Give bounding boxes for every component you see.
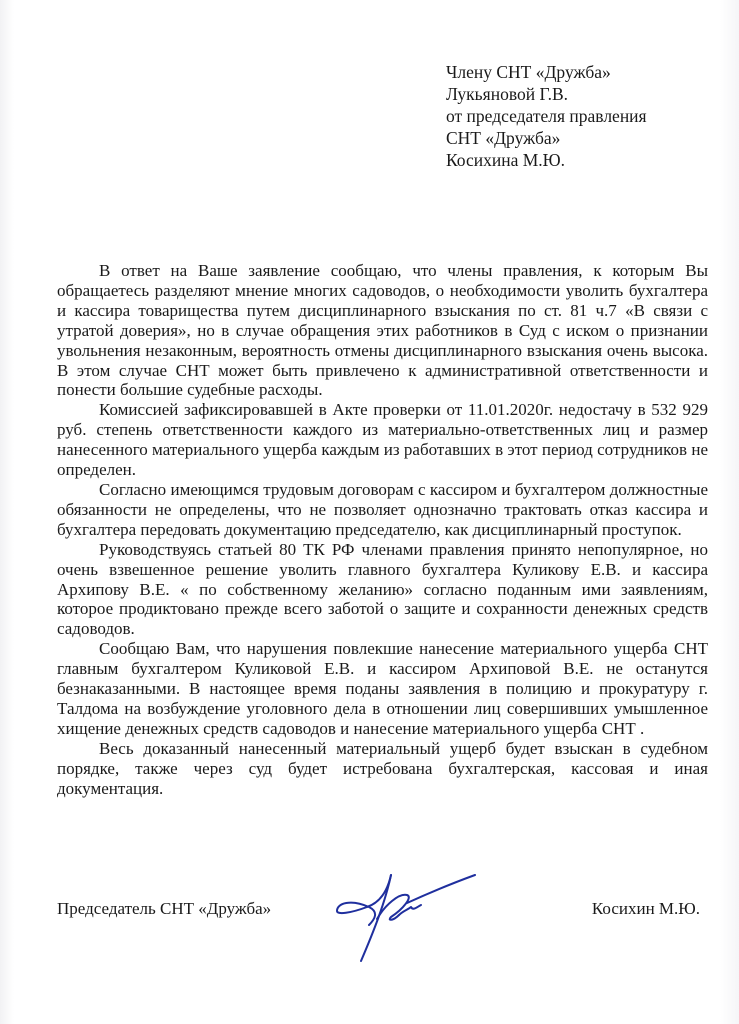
addressee-line: Косихина М.Ю. [446,149,647,171]
paragraph: Руководствуясь статьей 80 ТК РФ членами … [57,540,708,640]
paragraph: Комиссией зафиксировавшей в Акте проверк… [57,400,708,480]
addressee-line: Члену СНТ «Дружба» [446,61,647,83]
addressee-line: от председателя правления [446,105,647,127]
paragraph: Весь доказанный нанесенный материальный … [57,739,708,799]
signature-block: Председатель СНТ «Дружба» Косихин М.Ю. [57,893,708,973]
addressee-line: Лукьяновой Г.В. [446,83,647,105]
scanned-letter-page: Члену СНТ «Дружба» Лукьяновой Г.В. от пр… [0,0,739,1024]
addressee-block: Члену СНТ «Дружба» Лукьяновой Г.В. от пр… [446,61,647,171]
letter-body: В ответ на Ваше заявление сообщаю, что ч… [57,261,708,798]
addressee-line: СНТ «Дружба» [446,127,647,149]
signatory-name: Косихин М.Ю. [592,899,700,919]
signatory-title: Председатель СНТ «Дружба» [57,899,271,919]
handwritten-signature-icon [329,863,479,968]
paragraph: В ответ на Ваше заявление сообщаю, что ч… [57,261,708,400]
paragraph: Сообщаю Вам, что нарушения повлекшие нан… [57,639,708,739]
paragraph: Согласно имеющимся трудовым договорам с … [57,480,708,540]
